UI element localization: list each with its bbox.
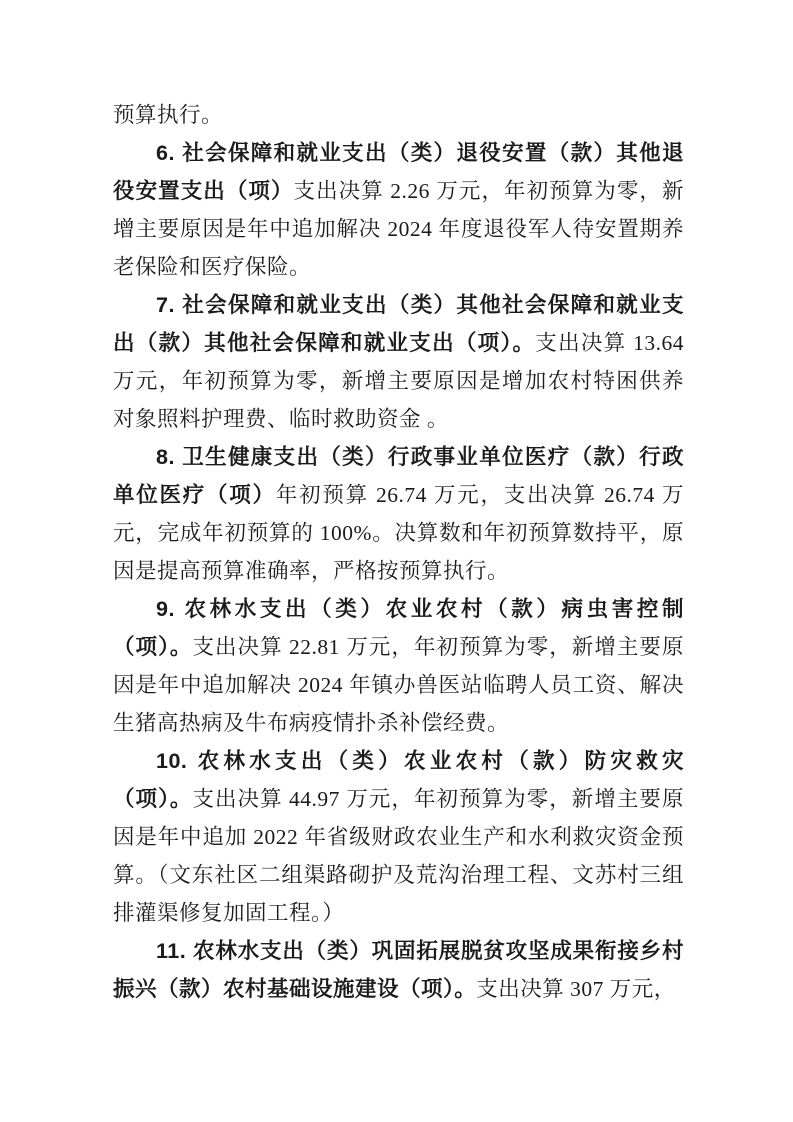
- paragraph-item-10: 10. 农林水支出（类）农业农村（款）防灾救灾（项）。支出决算 44.97 万元…: [113, 742, 684, 932]
- document-text-block: 预算执行。 6. 社会保障和就业支出（类）退役安置（款）其他退役安置支出（项）支…: [113, 96, 684, 1008]
- paragraph-item-11: 11. 农林水支出（类）巩固拓展脱贫攻坚成果衔接乡村振兴（款）农村基础设施建设（…: [113, 932, 684, 1008]
- paragraph-item-9: 9. 农林水支出（类）农业农村（款）病虫害控制（项）。支出决算 22.81 万元…: [113, 590, 684, 742]
- paragraph-item-8: 8. 卫生健康支出（类）行政事业单位医疗（款）行政单位医疗（项）年初预算 26.…: [113, 438, 684, 590]
- paragraph-item-11-body: 支出决算 307 万元，: [476, 977, 676, 1001]
- document-page: 预算执行。 6. 社会保障和就业支出（类）退役安置（款）其他退役安置支出（项）支…: [0, 0, 793, 1122]
- paragraph-item-10-body: 支出决算 44.97 万元，年初预算为零，新增主要原因是年中追加 2022 年省…: [113, 787, 684, 925]
- paragraph-item-7: 7. 社会保障和就业支出（类）其他社会保障和就业支出（款）其他社会保障和就业支出…: [113, 286, 684, 438]
- paragraph-item-6: 6. 社会保障和就业支出（类）退役安置（款）其他退役安置支出（项）支出决算 2.…: [113, 134, 684, 286]
- paragraph-item-9-body: 支出决算 22.81 万元，年初预算为零，新增主要原因是年中追加解决 2024 …: [113, 635, 684, 735]
- paragraph-continuation: 预算执行。: [113, 96, 684, 134]
- paragraph-continuation-text: 预算执行。: [113, 103, 223, 127]
